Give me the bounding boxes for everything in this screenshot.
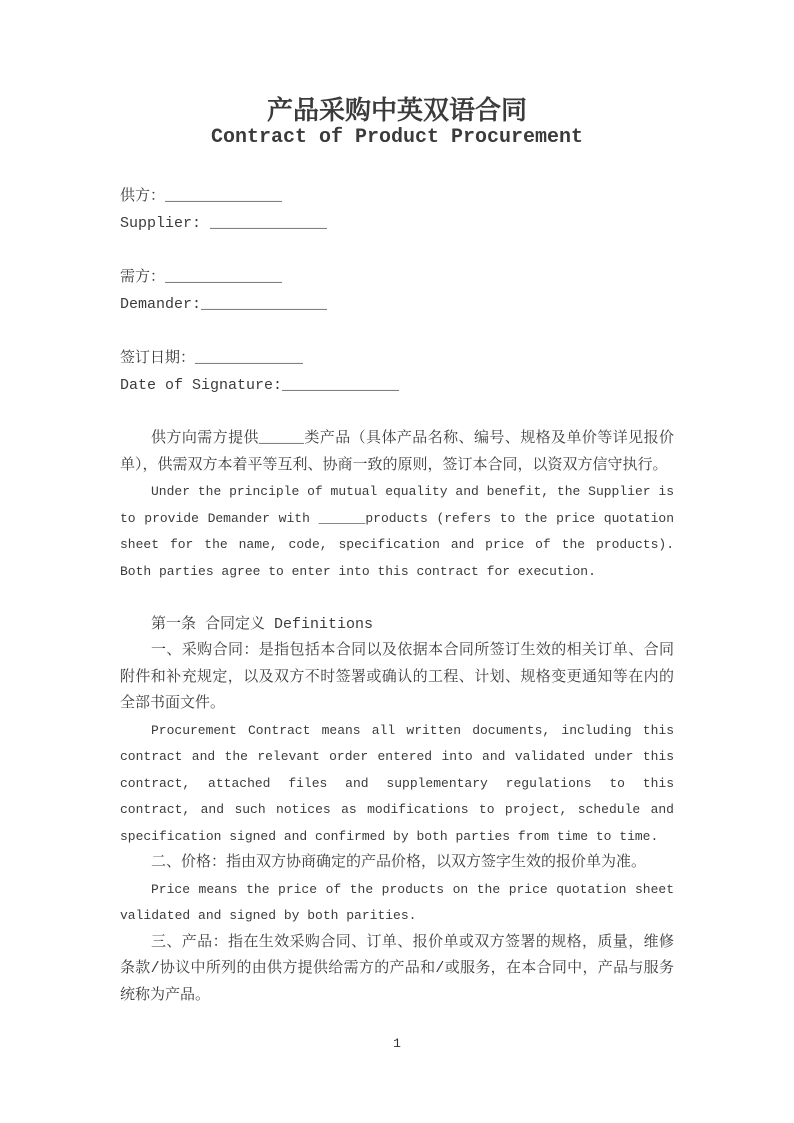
field-demander-en: Demander:______________ — [120, 291, 674, 318]
field-date-en: Date of Signature:_____________ — [120, 372, 674, 399]
contract-page: 产品采购中英双语合同 Contract of Product Procureme… — [0, 0, 794, 1123]
paragraph-definition-contract-zh: 一、采购合同：是指包括本合同以及依据本合同所签订生效的相关订单、合同附件和补充规… — [120, 638, 674, 718]
field-supplier-zh: 供方：_____________ — [120, 183, 674, 210]
paragraph-definition-price-zh: 二、价格：指由双方协商确定的产品价格，以双方签字生效的报价单为准。 — [120, 850, 674, 877]
document-header: 产品采购中英双语合同 Contract of Product Procureme… — [120, 96, 674, 150]
paragraph-intro-en: Under the principle of mutual equality a… — [120, 479, 674, 585]
page-content: 产品采购中英双语合同 Contract of Product Procureme… — [120, 96, 674, 1009]
field-supplier-en: Supplier: _____________ — [120, 210, 674, 237]
contract-title-zh: 产品采购中英双语合同 — [120, 96, 674, 126]
heading-article-1-definitions: 第一条 合同定义 Definitions — [120, 612, 674, 639]
party-fields: 供方：_____________ Supplier: _____________… — [120, 183, 674, 399]
page-number: 1 — [0, 1036, 794, 1052]
paragraph-definition-product-zh: 三、产品：指在生效采购合同、订单、报价单或双方签署的规格，质量，维修条款/协议中… — [120, 930, 674, 1010]
supplier-field-group: 供方：_____________ Supplier: _____________ — [120, 183, 674, 237]
demander-field-group: 需方：_____________ Demander:______________ — [120, 264, 674, 318]
field-date-zh: 签订日期：____________ — [120, 345, 674, 372]
contract-body: 供方向需方提供_____类产品（具体产品名称、编号、规格及单价等详见报价单），供… — [120, 426, 674, 1009]
signature-date-field-group: 签订日期：____________ Date of Signature:____… — [120, 345, 674, 399]
field-demander-zh: 需方：_____________ — [120, 264, 674, 291]
paragraph-intro-zh: 供方向需方提供_____类产品（具体产品名称、编号、规格及单价等详见报价单），供… — [120, 426, 674, 479]
paragraph-definition-contract-en: Procurement Contract means all written d… — [120, 718, 674, 851]
contract-title-en: Contract of Product Procurement — [120, 126, 674, 150]
paragraph-definition-price-en: Price means the price of the products on… — [120, 877, 674, 930]
